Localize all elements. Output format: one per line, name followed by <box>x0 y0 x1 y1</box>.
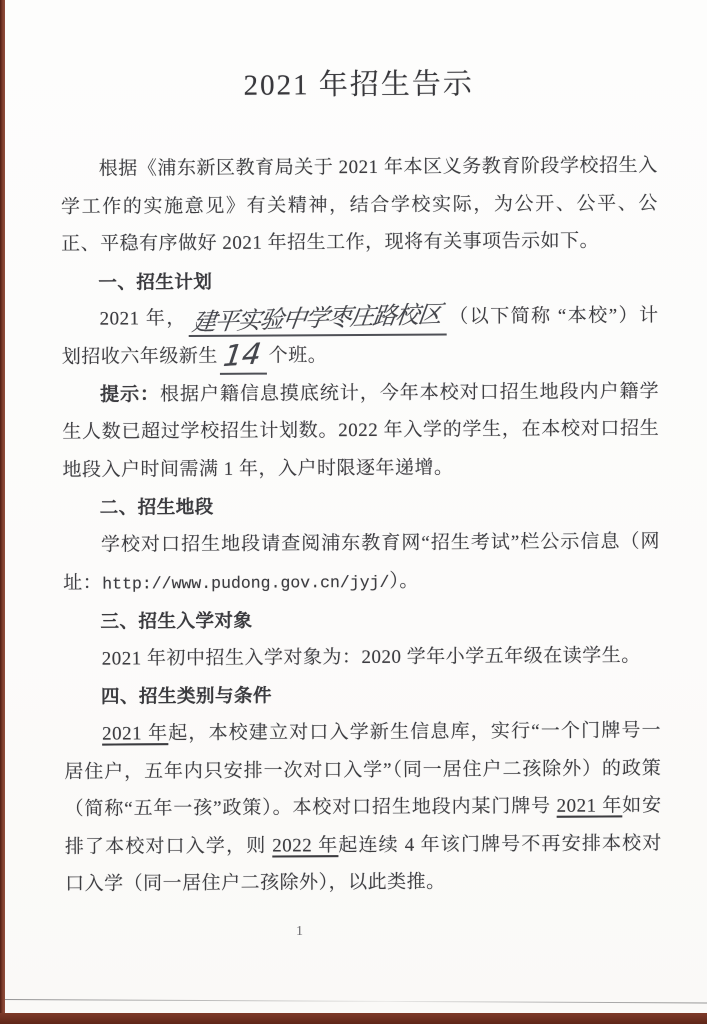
underlined-year-2021-mid: 2021 年 <box>557 795 623 816</box>
section-2-paragraph: 学校对口招生地段请查阅浦东教育网“招生考试”栏公示信息（网址：http://ww… <box>63 523 660 603</box>
section-2-heading: 二、招生地段 <box>63 486 660 527</box>
underlined-year-2021-start: 2021 年 <box>102 723 168 744</box>
intro-paragraph: 根据《浦东新区教育局关于 2021 年本区义务教育阶段学校招生入学工作的实施意见… <box>61 147 659 263</box>
pudong-education-url: http://www.pudong.gov.cn/jyj/ <box>102 572 389 593</box>
handwritten-school-name-text: 建平实验中学枣庄路校区 <box>191 301 443 337</box>
tip-label: 提示： <box>100 384 160 405</box>
handwritten-school-name: 建平实验中学枣庄路校区 <box>189 305 447 337</box>
tip-paragraph: 提示：根据户籍信息摸底统计，今年本校对口招生地段内户籍学生人数已超过学校招生计划… <box>62 373 660 489</box>
plan-prefix: 2021 年， <box>100 308 187 330</box>
handwritten-class-count-text: 14 <box>221 337 263 373</box>
section-3-heading: 三、招生入学对象 <box>63 599 660 640</box>
section-3-paragraph: 2021 年初中招生入学对象为：2020 学年小学五年级在读学生。 <box>64 637 661 678</box>
section-4-heading: 四、招生类别与条件 <box>64 674 661 715</box>
document-title: 2021 年招生告示 <box>60 60 657 105</box>
page-number: 1 <box>296 924 303 940</box>
scan-crease-line <box>0 999 707 1004</box>
plan-suffix: 个班。 <box>269 345 328 366</box>
scan-edge-left <box>0 0 5 1024</box>
underlined-year-2022: 2022 年 <box>272 835 338 856</box>
handwritten-class-count: 14 <box>220 339 267 376</box>
section-1-heading: 一、招生计划 <box>61 260 658 301</box>
document-content: 2021 年招生告示 根据《浦东新区教育局关于 2021 年本区义务教育阶段学校… <box>60 54 662 904</box>
scanned-document-page: 2021 年招生告示 根据《浦东新区教育局关于 2021 年本区义务教育阶段学校… <box>0 0 707 1024</box>
scan-edge-bottom <box>0 1013 707 1024</box>
section-4-paragraph: 2021 年起，本校建立对口入学新生信息库，实行“一个门牌号一居住户，五年内只安… <box>64 712 662 904</box>
section-1-plan-paragraph: 2021 年，建平实验中学枣庄路校区（以下简称 “本校”）计划招收六年级新生14… <box>61 298 658 377</box>
district-text-end: ）。 <box>389 570 419 591</box>
